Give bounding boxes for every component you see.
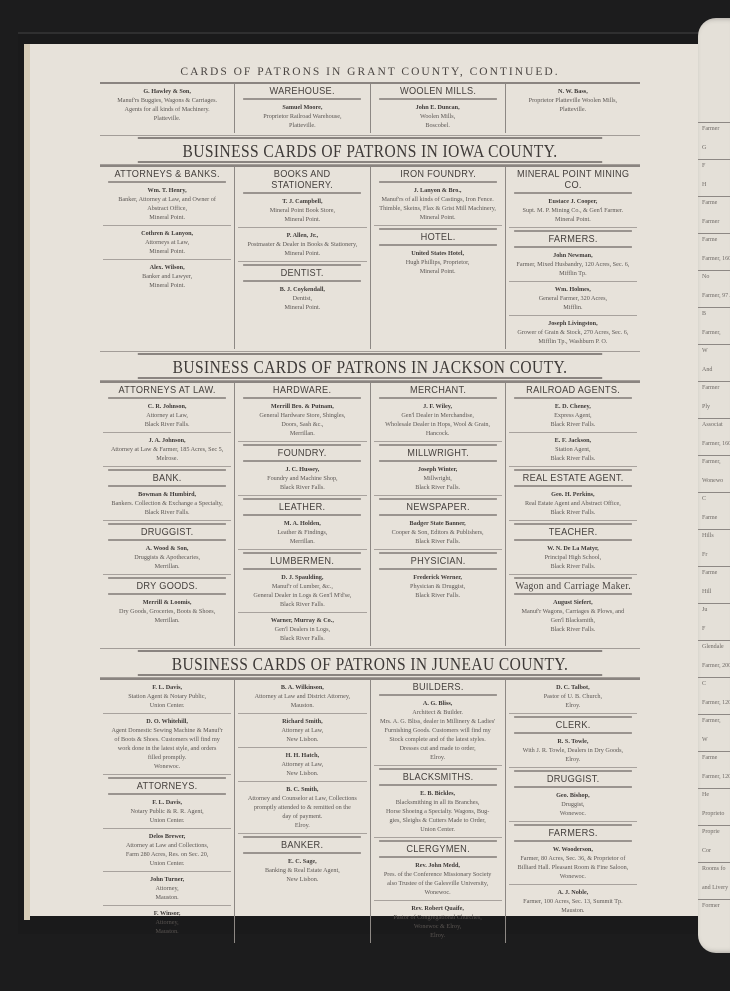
business-card: Richard Smith,Attorney at Law,New Lisbon…	[238, 714, 366, 748]
business-card: H. H. Hatch,Attorney at Law,New Lisbon.	[238, 748, 366, 782]
card-line: New Lisbon.	[238, 769, 366, 778]
card-name: Frederick Werner,	[374, 573, 502, 582]
next-page-rule	[698, 788, 730, 789]
business-card: F. L. Davis,Notary Public & R. R. Agent,…	[103, 795, 231, 829]
card-line: Farmer, 80 Acres, Sec. 36, & Proprietor …	[509, 854, 637, 863]
next-page-fragment: Proprie	[702, 829, 720, 835]
card-line: Melrose.	[103, 454, 231, 463]
card-line: Agents for all kinds of Machinery.	[103, 105, 231, 114]
business-card: J. A. Johnson,Attorney at Law & Farmer, …	[103, 433, 231, 467]
card-line: Black River Falls.	[509, 625, 637, 634]
card-line: Mineral Point.	[103, 247, 231, 256]
next-page-rule	[698, 307, 730, 308]
card-name: John E. Duncan,	[374, 103, 502, 112]
card-line: Elroy.	[509, 701, 637, 710]
card-line: Manuf'rs Buggies, Wagons & Carriages.	[103, 96, 231, 105]
card-line: Stock complete and of the latest styles.	[374, 735, 502, 744]
card-line: General Dealer in Logs & Gen'l M'd'se,	[238, 591, 366, 600]
card-name: Bowman & Humbird,	[103, 490, 231, 499]
card-line: Express Agent,	[509, 411, 637, 420]
business-card: Merrill & Loomis,Dry Goods, Groceries, B…	[103, 595, 231, 628]
card-line: Physician & Druggist,	[374, 582, 502, 591]
card-name: B. C. Smith,	[238, 785, 366, 794]
card-line: Wonewoc.	[509, 809, 637, 818]
card-line: Union Center.	[103, 701, 231, 710]
column-2: BOOKS AND STATIONERY.T. J. Campbell,Mine…	[234, 167, 369, 349]
card-name: F. Winsor,	[103, 909, 231, 918]
category-heading: MERCHANT.	[379, 383, 497, 399]
card-line: Furnishing Goods. Customers will find my	[374, 726, 502, 735]
category-heading: BANK.	[108, 469, 226, 487]
card-name: B. A. Wilkinson,	[238, 683, 366, 692]
card-name: D. J. Spaulding,	[238, 573, 366, 582]
card-name: H. H. Hatch,	[238, 751, 366, 760]
card-line: Agent Domestic Sewing Machine & Manuf'r	[103, 726, 231, 735]
card-name: Warner, Murray & Co.,	[238, 616, 366, 625]
card-line: Black River Falls.	[509, 420, 637, 429]
card-name: John Newman,	[509, 251, 637, 260]
card-line: Supt. M. P. Mining Co., & Gen'l Farmer.	[509, 206, 637, 215]
card-line: Elroy.	[374, 753, 502, 762]
card-line: Mineral Point.	[103, 281, 231, 290]
card-name: Joseph Winter,	[374, 465, 502, 474]
card-line: Merrillan.	[238, 429, 366, 438]
column-1: ATTORNEYS & BANKS.Wm. T. Henry,Banker, A…	[100, 167, 234, 349]
next-page-fragment: W	[702, 348, 708, 354]
category-heading: FARMERS.	[514, 230, 632, 248]
juneau-county-title: BUSINESS CARDS OF PATRONS IN JUNEAU COUN…	[138, 650, 602, 676]
next-page-fragment: B	[702, 311, 706, 317]
business-card: D. C. Talbot,Pastor of U. B. Church,Elro…	[509, 680, 637, 714]
next-page-fragment: Farmer,	[702, 330, 721, 336]
business-card: John E. Duncan,Woolen Mills,Boscobel.	[374, 100, 502, 133]
category-heading: MILLWRIGHT.	[379, 444, 497, 462]
category-heading: ATTORNEYS.	[108, 777, 226, 795]
card-line: Black River Falls.	[374, 591, 502, 600]
business-card: E. F. Jackson,Station Agent,Black River …	[509, 433, 637, 467]
card-name: Geo. Bishop,	[509, 791, 637, 800]
next-page-rule	[698, 492, 730, 493]
category-heading: CLERGYMEN.	[379, 840, 497, 858]
card-name: Joseph Livingston,	[509, 319, 637, 328]
business-card: B. J. Coykendall,Dentist,Mineral Point.	[238, 282, 366, 315]
card-line: Millwright,	[374, 474, 502, 483]
card-line: Manuf'r of Lumber, &c.,	[238, 582, 366, 591]
business-card: F. L. Davis,Station Agent & Notary Publi…	[103, 680, 231, 714]
card-line: also Trustee of the Galesville Universit…	[374, 879, 502, 888]
card-line: Architect & Builder.	[374, 708, 502, 717]
card-line: Black River Falls.	[509, 508, 637, 517]
next-page-rule	[698, 640, 730, 641]
card-line: Black River Falls.	[509, 562, 637, 571]
card-line: Mineral Point.	[238, 215, 366, 224]
next-page-rule	[698, 344, 730, 345]
category-heading: BOOKS AND STATIONERY.	[243, 167, 361, 194]
card-line: Hancock.	[374, 429, 502, 438]
card-line: Dentist,	[238, 294, 366, 303]
card-name: E. F. Jackson,	[509, 436, 637, 445]
category-heading: LUMBERMEN.	[243, 552, 361, 570]
business-card: E. D. Cheney,Express Agent,Black River F…	[509, 399, 637, 433]
category-heading: BUILDERS.	[379, 680, 497, 696]
card-line: Pres. of the Conference Missionary Socie…	[374, 870, 502, 879]
card-line: Horse Shoeing a Specialty. Wagons, Bug-	[374, 807, 502, 816]
grant-county-section: G. Hawley & Son,Manuf'rs Buggies, Wagons…	[100, 82, 640, 133]
card-name: Merrill & Loomis,	[103, 598, 231, 607]
card-line: Farmer, 100 Acres, Sec. 13, Summit Tp.	[509, 897, 637, 906]
card-line: Abstract Office,	[103, 204, 231, 213]
category-heading: BANKER.	[243, 836, 361, 854]
card-line: Union Center.	[103, 816, 231, 825]
category-heading: NEWSPAPER.	[379, 498, 497, 516]
card-name: W. Wooderson,	[509, 845, 637, 854]
business-card: W. N. De La Matyr,Principal High School,…	[509, 541, 637, 575]
category-heading: HOTEL.	[379, 228, 497, 246]
card-name: Samuel Moore,	[238, 103, 366, 112]
card-line: Pastor of U. B. Church,	[509, 692, 637, 701]
card-name: August Siefert,	[509, 598, 637, 607]
card-line: Blacksmithing in all its Branches,	[374, 798, 502, 807]
card-name: Geo. H. Perkins,	[509, 490, 637, 499]
business-card: Rev. John Medd,Pres. of the Conference M…	[374, 858, 502, 901]
business-card: D. O. Whitehill,Agent Domestic Sewing Ma…	[103, 714, 231, 775]
category-heading: PHYSICIAN.	[379, 552, 497, 570]
next-page-fragment: Farme	[702, 755, 717, 761]
business-card: G. Hawley & Son,Manuf'rs Buggies, Wagons…	[103, 84, 231, 126]
card-line: Cooper & Son, Editors & Publishers,	[374, 528, 502, 537]
card-line: Mineral Point.	[238, 303, 366, 312]
next-page-fragment: Farme	[702, 515, 717, 521]
card-line: With J. R. Towle, Dealers in Dry Goods,	[509, 746, 637, 755]
card-line: Druggist,	[509, 800, 637, 809]
next-page-rule	[698, 159, 730, 160]
card-line: Attorney at Law,	[103, 411, 231, 420]
card-line: Banker, Attorney at Law, and Owner of	[103, 195, 231, 204]
category-heading: WOOLEN MILLS.	[379, 84, 497, 100]
card-line: work done in the latest style, and order…	[103, 744, 231, 753]
next-page-rule	[698, 603, 730, 604]
card-line: Black River Falls.	[238, 483, 366, 492]
next-page-fragment: Fr	[702, 552, 707, 558]
card-line: Mifflin.	[509, 303, 637, 312]
business-card: Geo. H. Perkins,Real Estate Agent and Ab…	[509, 487, 637, 521]
category-heading: Wagon and Carriage Maker.	[514, 577, 632, 595]
business-card: Wm. T. Henry,Banker, Attorney at Law, an…	[103, 183, 231, 226]
business-card: August Siefert,Manuf'r Wagons, Carriages…	[509, 595, 637, 637]
next-page-fragment: F	[702, 163, 705, 169]
card-line: Notary Public & R. R. Agent,	[103, 807, 231, 816]
next-page-fragment: And	[702, 367, 712, 373]
next-page-fragment: Farmer	[702, 219, 719, 225]
business-card: A. Wood & Son,Druggists & Apothecaries,M…	[103, 541, 231, 575]
next-page-rule	[698, 899, 730, 900]
category-heading: WAREHOUSE.	[243, 84, 361, 100]
card-line: Black River Falls.	[374, 483, 502, 492]
card-line: Foundry and Machine Shop,	[238, 474, 366, 483]
card-line: Bankers. Collection & Exchange a Special…	[103, 499, 231, 508]
card-line: Farm 280 Acres, Res. on Sec. 20,	[103, 850, 231, 859]
next-page-rule	[698, 529, 730, 530]
card-line: Mineral Point.	[509, 215, 637, 224]
card-line: New Lisbon.	[238, 875, 366, 884]
card-line: Elroy.	[238, 821, 366, 830]
card-name: United States Hotel,	[374, 249, 502, 258]
next-page-fragment: G	[702, 145, 706, 151]
category-heading: TEACHER.	[514, 523, 632, 541]
card-name: M. A. Holden,	[238, 519, 366, 528]
business-card: John Newman,Farmer, Mixed Husbandry, 120…	[509, 248, 637, 282]
card-line: Gen'l Dealers in Logs,	[238, 625, 366, 634]
card-name: Delos Brewer,	[103, 832, 231, 841]
business-card: E. B. Bickles,Blacksmithing in all its B…	[374, 786, 502, 838]
category-heading: DRY GOODS.	[108, 577, 226, 595]
category-heading: FOUNDRY.	[243, 444, 361, 462]
card-line: Gen'l Blacksmith,	[509, 616, 637, 625]
card-name: Wm. T. Henry,	[103, 186, 231, 195]
card-line: Union Center.	[374, 825, 502, 834]
card-name: J. F. Wiley,	[374, 402, 502, 411]
column-3: MERCHANT.J. F. Wiley,Gen'l Dealer in Mer…	[370, 383, 505, 646]
card-line: Real Estate Agent and Abstract Office,	[509, 499, 637, 508]
card-line: Mineral Point.	[238, 249, 366, 258]
next-page-rule	[698, 196, 730, 197]
business-card: E. C. Sage,Banking & Real Estate Agent,N…	[238, 854, 366, 887]
category-heading: CLERK.	[514, 716, 632, 734]
card-line: Station Agent & Notary Public,	[103, 692, 231, 701]
card-name: Wm. Holmes,	[509, 285, 637, 294]
column-2: HARDWARE.Merrill Bro. & Putnam,General H…	[234, 383, 369, 646]
card-line: Manuf'rs of all kinds of Castings, Iron …	[374, 195, 502, 204]
card-line: Proprietor Railroad Warehouse,	[238, 112, 366, 121]
card-line: Elroy.	[509, 755, 637, 764]
card-name: W. N. De La Matyr,	[509, 544, 637, 553]
card-name: F. L. Davis,	[103, 798, 231, 807]
next-page-rule	[698, 566, 730, 567]
juneau-county-section: F. L. Davis,Station Agent & Notary Publi…	[100, 678, 640, 943]
column-3: WOOLEN MILLS.John E. Duncan,Woolen Mills…	[370, 84, 505, 133]
card-line: Attorney,	[103, 884, 231, 893]
card-line: Black River Falls.	[103, 508, 231, 517]
business-card: D. J. Spaulding,Manuf'r of Lumber, &c.,G…	[238, 570, 366, 613]
card-line: New Lisbon.	[238, 735, 366, 744]
category-heading: RAILROAD AGENTS.	[514, 383, 632, 399]
business-card: John Turner,Attorney,Mauston.	[103, 872, 231, 906]
card-line: Merrillan.	[103, 562, 231, 571]
card-line: Black River Falls.	[103, 420, 231, 429]
next-page-rule	[698, 825, 730, 826]
card-line: Wholesale Dealer in Hops, Wool & Grain,	[374, 420, 502, 429]
card-line: Grower of Grain & Stock, 270 Acres, Sec.…	[509, 328, 637, 337]
card-line: Dresses cut and made to order,	[374, 744, 502, 753]
next-page-rule	[698, 270, 730, 271]
card-name: D. C. Talbot,	[509, 683, 637, 692]
category-heading: DRUGGIST.	[514, 770, 632, 788]
column-3: IRON FOUNDRY.J. Lanyon & Bro.,Manuf'rs o…	[370, 167, 505, 349]
card-line: Attorney at Law,	[238, 760, 366, 769]
business-card: Wm. Holmes,General Farmer, 320 Acres,Mif…	[509, 282, 637, 316]
next-page-rule	[698, 122, 730, 123]
business-card: P. Allen, Jr.,Postmaster & Dealer in Boo…	[238, 228, 366, 262]
next-page-edge: FarmerGFHFarmeFarmerFarmeFarmer, 160 ANo…	[698, 18, 730, 953]
running-title: CARDS OF PATRONS IN GRANT COUNTY, CONTIN…	[100, 66, 640, 78]
card-line: Attorney at Law and District Attorney,	[238, 692, 366, 701]
card-line: Banking & Real Estate Agent,	[238, 866, 366, 875]
next-page-fragment: and Livery	[702, 885, 728, 891]
business-card: B. A. Wilkinson,Attorney at Law and Dist…	[238, 680, 366, 714]
card-line: Doors, Sash &c.,	[238, 420, 366, 429]
business-card: Warner, Murray & Co.,Gen'l Dealers in Lo…	[238, 613, 366, 646]
next-page-fragment: Farme	[702, 570, 717, 576]
card-line: Attorneys at Law,	[103, 238, 231, 247]
next-page-fragment: He	[702, 792, 709, 798]
next-page-fragment: Hills	[702, 533, 714, 539]
card-line: Wonewoc & Elroy,	[374, 922, 502, 931]
next-page-rule	[698, 751, 730, 752]
business-card: A. J. Noble,Farmer, 100 Acres, Sec. 13, …	[509, 885, 637, 918]
card-line: Attorney at Law and Collections,	[103, 841, 231, 850]
card-line: Pastor of Congregational Churches,	[374, 913, 502, 922]
card-name: R. S. Towle,	[509, 737, 637, 746]
next-page-fragment: Rooms fo	[702, 866, 726, 872]
card-line: of Boots & Shoes. Customers will find my	[103, 735, 231, 744]
next-page-rule	[698, 233, 730, 234]
card-line: Mineral Point.	[374, 213, 502, 222]
category-heading: MINERAL POINT MINING CO.	[514, 167, 632, 194]
next-page-fragment: Farmer, 120 A	[702, 700, 730, 706]
card-line: filled promptly.	[103, 753, 231, 762]
card-line: gies, Sleighs & Cutters Made to Order,	[374, 816, 502, 825]
category-heading: LEATHER.	[243, 498, 361, 516]
business-card: M. A. Holden,Leather & Findings,Merrilla…	[238, 516, 366, 550]
card-line: Wonewoc.	[374, 888, 502, 897]
jackson-county-title: BUSINESS CARDS OF PATRONS IN JACKSON COU…	[138, 353, 602, 379]
card-line: General Hardware Store, Shingles,	[238, 411, 366, 420]
next-page-fragment: Farmer,	[702, 459, 721, 465]
business-card: Bowman & Humbird,Bankers. Collection & E…	[103, 487, 231, 521]
business-card: Rev. Robert Quaife,Pastor of Congregatio…	[374, 901, 502, 943]
iowa-county-section: ATTORNEYS & BANKS.Wm. T. Henry,Banker, A…	[100, 165, 640, 349]
card-name: Cothren & Lanyon,	[103, 229, 231, 238]
next-page-fragment: Farmer, 120	[702, 774, 730, 780]
business-card: United States Hotel,Hugh Phillips, Propr…	[374, 246, 502, 279]
category-heading: ATTORNEYS AT LAW.	[108, 383, 226, 399]
next-page-fragment: Hill	[702, 589, 711, 595]
card-name: Eustace J. Cooper,	[509, 197, 637, 206]
column-3: BUILDERS.A. G. Bliss,Architect & Builder…	[370, 680, 505, 943]
card-name: T. J. Campbell,	[238, 197, 366, 206]
juneau-title-band: BUSINESS CARDS OF PATRONS IN JUNEAU COUN…	[100, 648, 640, 678]
category-heading: FARMERS.	[514, 824, 632, 842]
next-page-fragment: Glendale	[702, 644, 724, 650]
business-card: J. Lanyon & Bro.,Manuf'rs of all kinds o…	[374, 183, 502, 226]
card-line: Elroy.	[374, 931, 502, 940]
column-2: B. A. Wilkinson,Attorney at Law and Dist…	[234, 680, 369, 943]
category-heading: HARDWARE.	[243, 383, 361, 399]
card-line: Mifflin Tp., Washburn P. O.	[509, 337, 637, 346]
column-4: MINERAL POINT MINING CO.Eustace J. Coope…	[505, 167, 640, 349]
card-line: Attorney,	[103, 918, 231, 927]
page-content: CARDS OF PATRONS IN GRANT COUNTY, CONTIN…	[100, 66, 640, 943]
card-line: Attorney at Law & Farmer, 185 Acres, Sec…	[103, 445, 231, 454]
iowa-title-band: BUSINESS CARDS OF PATRONS IN IOWA COUNTY…	[100, 135, 640, 165]
iowa-county-title: BUSINESS CARDS OF PATRONS IN IOWA COUNTY…	[138, 137, 602, 163]
card-name: Alex. Wilson,	[103, 263, 231, 272]
card-name: N. W. Bass,	[509, 87, 637, 96]
card-name: John Turner,	[103, 875, 231, 884]
card-name: P. Allen, Jr.,	[238, 231, 366, 240]
card-line: Black River Falls.	[374, 537, 502, 546]
card-line: Mineral Point.	[374, 267, 502, 276]
column-1: G. Hawley & Son,Manuf'rs Buggies, Wagons…	[100, 84, 234, 133]
category-heading: IRON FOUNDRY.	[379, 167, 497, 183]
card-name: A. J. Noble,	[509, 888, 637, 897]
next-page-rule	[698, 714, 730, 715]
card-line: General Farmer, 320 Acres,	[509, 294, 637, 303]
card-line: Black River Falls.	[238, 600, 366, 609]
card-line: Mauston.	[509, 906, 637, 915]
business-card: Joseph Winter,Millwright,Black River Fal…	[374, 462, 502, 496]
card-name: F. L. Davis,	[103, 683, 231, 692]
business-card: J. F. Wiley,Gen'l Dealer in Merchandise,…	[374, 399, 502, 442]
next-page-fragment: No	[702, 274, 709, 280]
card-name: J. A. Johnson,	[103, 436, 231, 445]
next-page-rule	[698, 677, 730, 678]
business-card: Joseph Livingston,Grower of Grain & Stoc…	[509, 316, 637, 349]
next-page-fragment: Ply	[702, 404, 710, 410]
card-line: Mineral Point.	[103, 213, 231, 222]
category-heading: DRUGGIST.	[108, 523, 226, 541]
card-name: Richard Smith,	[238, 717, 366, 726]
card-name: E. C. Sage,	[238, 857, 366, 866]
card-name: E. B. Bickles,	[374, 789, 502, 798]
next-page-fragment: H	[702, 182, 706, 188]
business-card: Frederick Werner,Physician & Druggist,Bl…	[374, 570, 502, 603]
business-card: W. Wooderson,Farmer, 80 Acres, Sec. 36, …	[509, 842, 637, 885]
column-1: ATTORNEYS AT LAW.C. R. Johnson,Attorney …	[100, 383, 234, 646]
next-page-fragment: F	[702, 626, 705, 632]
card-name: Merrill Bro. & Putnam,	[238, 402, 366, 411]
next-page-fragment: W	[702, 737, 708, 743]
next-page-fragment: Associat	[702, 422, 723, 428]
card-name: Rev. Robert Quaife,	[374, 904, 502, 913]
card-name: E. D. Cheney,	[509, 402, 637, 411]
next-page-fragment: Former	[702, 903, 720, 909]
business-card: N. W. Bass,Proprietor Platteville Woolen…	[509, 84, 637, 117]
card-line: Leather & Findings,	[238, 528, 366, 537]
next-page-fragment: C	[702, 681, 706, 687]
card-line: Mauston.	[238, 701, 366, 710]
card-line: Mifflin Tp.	[509, 269, 637, 278]
next-page-fragment: Farme	[702, 237, 717, 243]
card-line: Mrs. A. G. Bliss, dealer in Millinery & …	[374, 717, 502, 726]
column-4: D. C. Talbot,Pastor of U. B. Church,Elro…	[505, 680, 640, 943]
card-line: Dry Goods, Groceries, Boots & Shoes,	[103, 607, 231, 616]
business-card: Geo. Bishop,Druggist,Wonewoc.	[509, 788, 637, 822]
card-line: Mineral Point Book Store,	[238, 206, 366, 215]
card-line: Billiard Hall. Pleasant Room & Fine Salo…	[509, 863, 637, 872]
next-page-fragment: Farmer	[702, 126, 719, 132]
next-page-rule	[698, 455, 730, 456]
business-card: Merrill Bro. & Putnam,General Hardware S…	[238, 399, 366, 442]
business-card: T. J. Campbell,Mineral Point Book Store,…	[238, 194, 366, 228]
card-line: Wonewoc.	[509, 872, 637, 881]
card-name: A. Wood & Son,	[103, 544, 231, 553]
business-card: Cothren & Lanyon,Attorneys at Law,Minera…	[103, 226, 231, 260]
next-page-fragment: Proprieto	[702, 811, 724, 817]
column-4: RAILROAD AGENTS.E. D. Cheney,Express Age…	[505, 383, 640, 646]
card-line: Boscobel.	[374, 121, 502, 130]
business-card: Eustace J. Cooper,Supt. M. P. Mining Co.…	[509, 194, 637, 228]
